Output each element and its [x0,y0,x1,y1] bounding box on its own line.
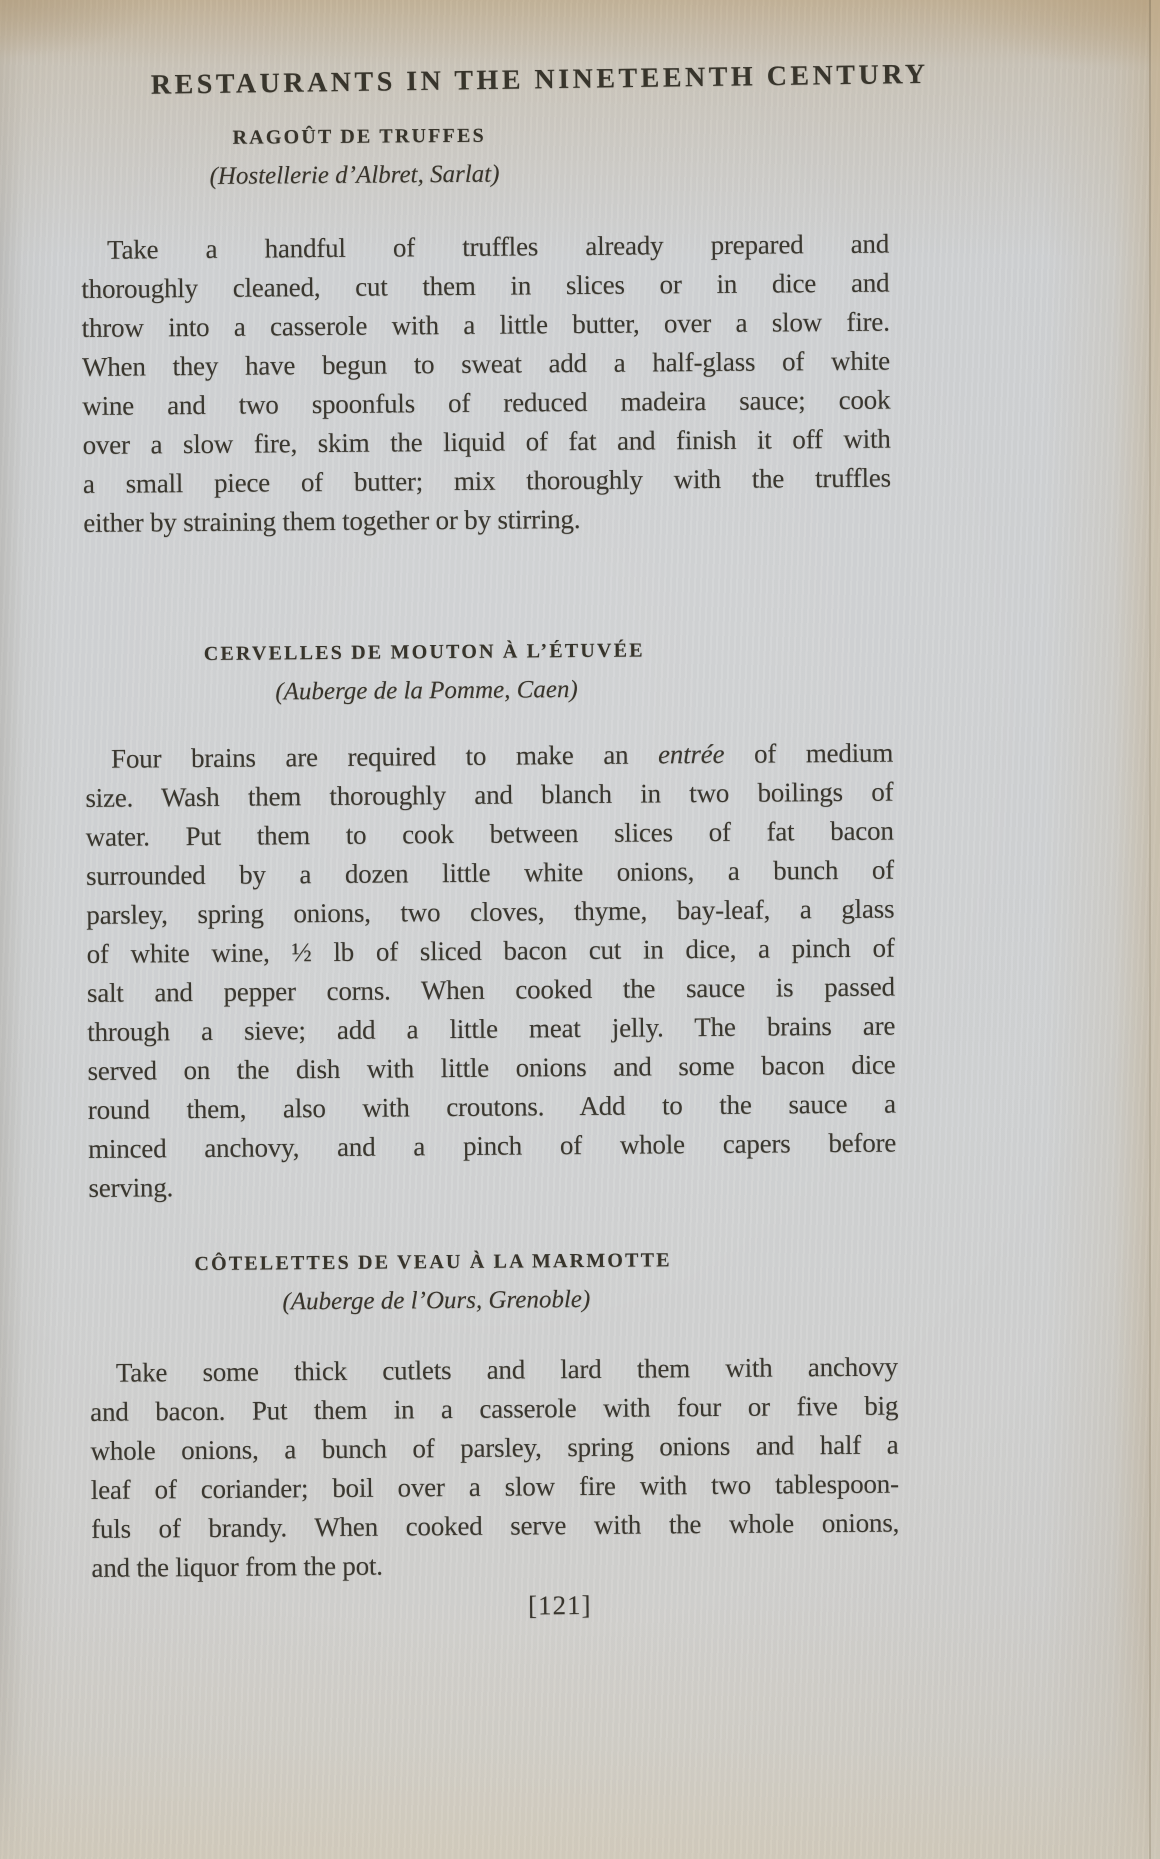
paragraph-line: over a slow fire, skim the liquid of fat… [82,420,890,465]
paragraph-line: thoroughly cleaned, cut them in slices o… [81,264,889,309]
recipe-paragraph: Take a handful of truffles already prepa… [81,225,891,543]
paragraph-line: wine and two spoonfuls of reduced madeir… [82,381,890,426]
paragraph-line: and bacon. Put them in a casserole with … [90,1387,898,1432]
paragraph-line: round them, also with croutons. Add to t… [88,1085,896,1130]
paragraph-line: minced anchovy, and a pinch of whole cap… [88,1124,896,1169]
paragraph-line: and the liquor from the pot. [91,1543,899,1588]
recipe-attribution: (Auberge de la Pomme, Caen) [22,674,830,708]
paragraph-line: parsley, spring onions, two cloves, thym… [86,890,894,935]
paragraph-line: surrounded by a dozen little white onion… [86,851,894,896]
paragraph-line: a small piece of butter; mix thoroughly … [83,459,891,504]
paragraph-line: When they have begun to sweat add a half… [82,342,890,387]
paragraph-line: throw into a casserole with a little but… [82,303,890,348]
page-content: RESTAURANTS IN THE NINETEENTH CENTURY RA… [0,0,1160,1859]
paragraph-line: through a sieve; add a little meat jelly… [87,1007,895,1052]
paragraph-line: either by straining them together or by … [83,498,891,543]
paragraph-line: serving. [88,1163,896,1208]
paragraph-line: Take some thick cutlets and lard them wi… [90,1348,898,1393]
text-column: RAGOÛT DE TRUFFES (Hostellerie d’Albret,… [79,0,902,1859]
paragraph-line: size. Wash them thoroughly and blanch in… [85,773,893,818]
paragraph-line: fuls of brandy. When cooked serve with t… [91,1504,899,1549]
recipe-title: CÔTELETTES DE VEAU À LA MARMOTTE [29,1248,837,1277]
recipe-paragraph: Take some thick cutlets and lard them wi… [90,1348,900,1588]
paragraph-line: Four brains are required to make an entr… [85,734,893,779]
recipe-attribution: (Auberge de l’Ours, Grenoble) [32,1284,840,1318]
recipe-paragraph: Four brains are required to make an entr… [85,734,897,1208]
paragraph-line: salt and pepper corns. When cooked the s… [87,968,895,1013]
paragraph-line: served on the dish with little onions an… [87,1046,895,1091]
recipe-attribution: (Hostellerie d’Albret, Sarlat) [0,159,759,193]
book-page-photo: RESTAURANTS IN THE NINETEENTH CENTURY RA… [0,0,1160,1859]
recipe-title: RAGOÛT DE TRUFFES [0,123,763,152]
paragraph-line: Take a handful of truffles already prepa… [81,225,889,270]
paragraph-line: water. Put them to cook between slices o… [86,812,894,857]
paragraph-line: whole onions, a bunch of parsley, spring… [90,1426,898,1471]
paragraph-line: of white wine, ½ lb of sliced bacon cut … [86,929,894,974]
paragraph-line: leaf of coriander; boil over a slow fire… [91,1465,899,1510]
recipe-title: CERVELLES DE MOUTON À L’ÉTUVÉE [20,638,828,667]
